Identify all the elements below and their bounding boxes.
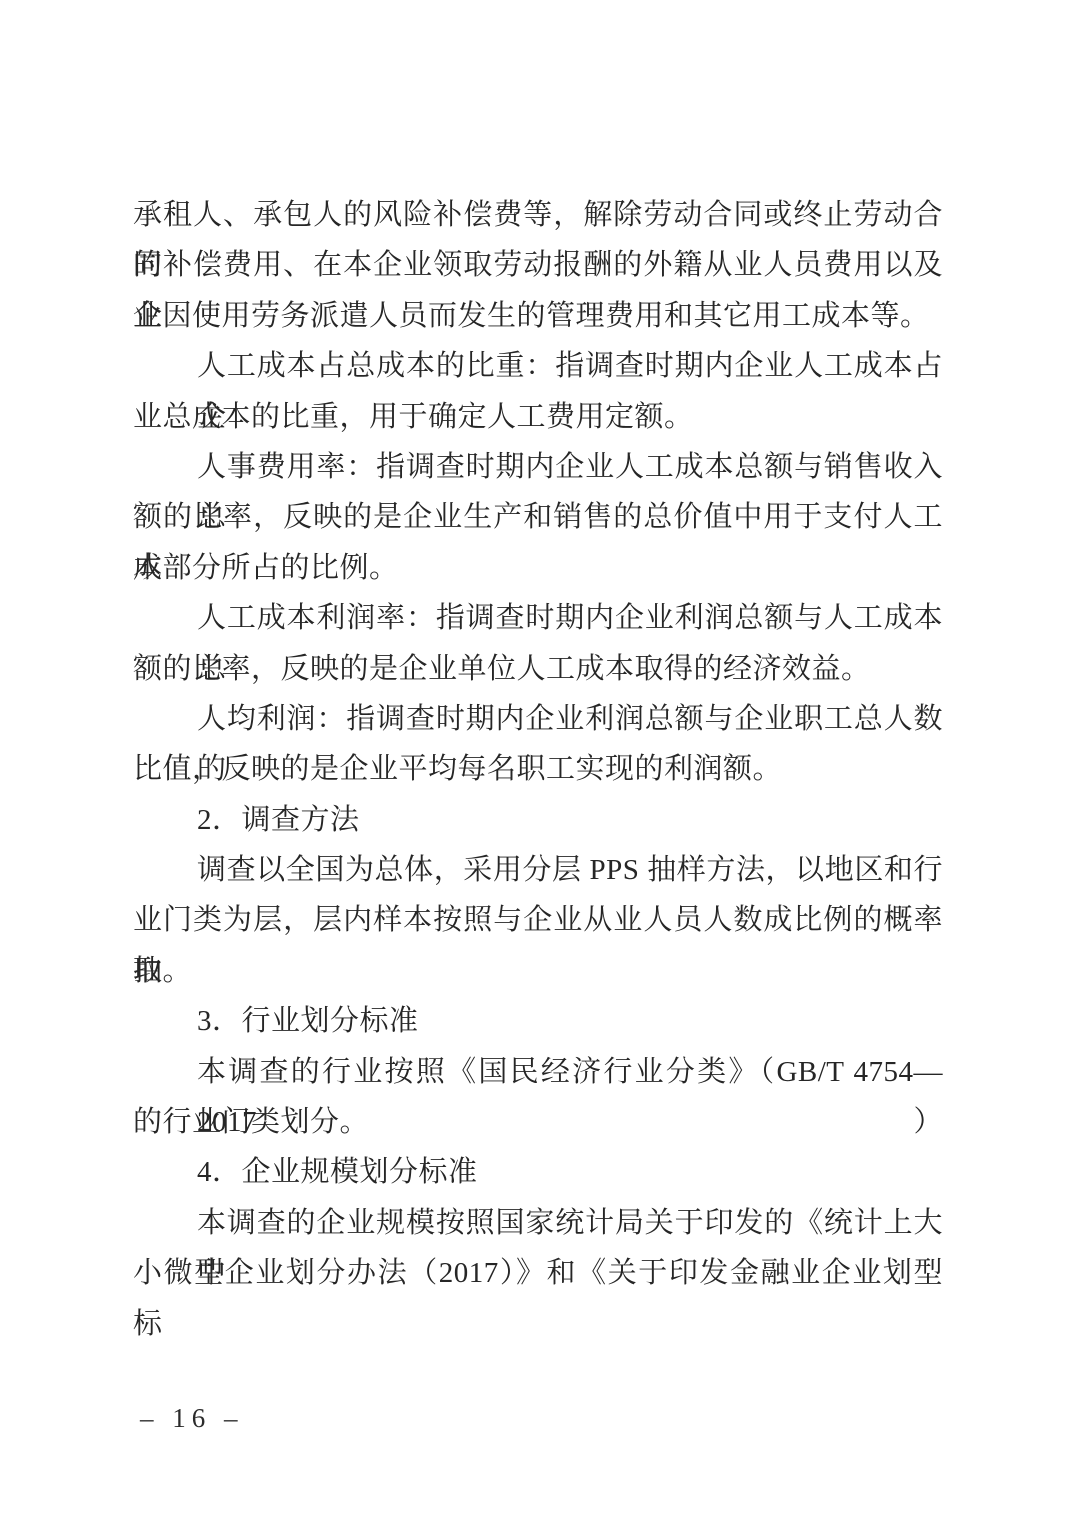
text-line: 人工成本利润率：指调查时期内企业利润总额与人工成本总 <box>133 593 943 643</box>
section-heading: 4．企业规模划分标准 <box>133 1147 943 1197</box>
text-line: 本调查的企业规模按照国家统计局关于印发的《统计上大中 <box>133 1198 943 1248</box>
text-line: 的补偿费用、在本企业领取劳动报酬的外籍从业人员费用以及企 <box>133 240 943 290</box>
text-line: 本调查的行业按照《国民经济行业分类》（GB/T 4754—2017） <box>133 1047 943 1097</box>
text-line: 人工成本占总成本的比重：指调查时期内企业人工成本占企 <box>133 341 943 391</box>
page-number: – 16 – <box>140 1403 244 1434</box>
section-heading: 2．调查方法 <box>133 795 943 845</box>
text-line: 业因使用劳务派遣人员而发生的管理费用和其它用工成本等。 <box>133 291 943 341</box>
text-line: 人均利润：指调查时期内企业利润总额与企业职工总人数的 <box>133 694 943 744</box>
document-text-block: 承租人、承包人的风险补偿费等，解除劳动合同或终止劳动合同 的补偿费用、在本企业领… <box>133 190 943 1299</box>
text-line: 业总成本的比重，用于确定人工费用定额。 <box>133 392 943 442</box>
document-page: 承租人、承包人的风险补偿费等，解除劳动合同或终止劳动合同 的补偿费用、在本企业领… <box>0 0 1074 1520</box>
section-heading: 3．行业划分标准 <box>133 996 943 1046</box>
text-line: 人事费用率：指调查时期内企业人工成本总额与销售收入总 <box>133 442 943 492</box>
text-line: 调查以全国为总体，采用分层 PPS 抽样方法，以地区和行 <box>133 845 943 895</box>
text-line: 承租人、承包人的风险补偿费等，解除劳动合同或终止劳动合同 <box>133 190 943 240</box>
text-line: 取。 <box>133 946 943 996</box>
text-line: 业门类为层，层内样本按照与企业从业人员人数成比例的概率抽 <box>133 895 943 945</box>
text-line: 比值，反映的是企业平均每名职工实现的利润额。 <box>133 744 943 794</box>
text-line: 额的比率，反映的是企业生产和销售的总价值中用于支付人工成 <box>133 492 943 542</box>
text-line: 额的比率，反映的是企业单位人工成本取得的经济效益。 <box>133 644 943 694</box>
text-line: 本部分所占的比例。 <box>133 543 943 593</box>
text-line: 小微型企业划分办法（2017）》和《关于印发金融业企业划型标 <box>133 1248 943 1298</box>
